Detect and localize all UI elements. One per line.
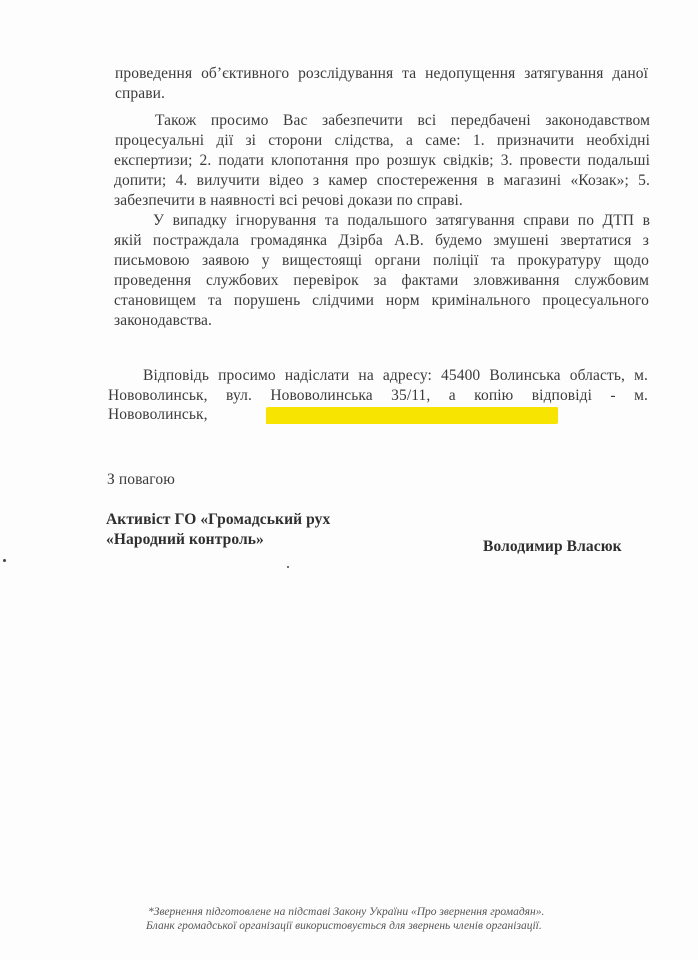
signature-org-line2: «Народний контроль» bbox=[106, 530, 264, 550]
paragraph3-line5: становищем та порушень слідчими норм кри… bbox=[114, 291, 649, 311]
scan-speck bbox=[3, 559, 6, 562]
paragraph3-line1: У випадку ігнорування та подальшого затя… bbox=[153, 211, 650, 231]
scan-speck bbox=[287, 566, 289, 568]
paragraph2-line2: процесуальні дії зі сторони слідства, а … bbox=[115, 131, 650, 151]
signature-org-line1: Активіст ГО «Громадський рух bbox=[106, 510, 330, 530]
paragraph3-line2: якій постраждала громадянка Дзірба А.В. … bbox=[114, 231, 649, 251]
paragraph4-line1: Відповідь просимо надіслати на адресу: 4… bbox=[143, 366, 648, 386]
paragraph1-line2: справи. bbox=[115, 84, 165, 104]
paragraph3-line3: письмовою заявою у вищестоящі органи пол… bbox=[114, 251, 649, 271]
closing-text: З повагою bbox=[107, 470, 175, 490]
paragraph4-line2: Нововолинськ, вул. Нововолинська 35/11, … bbox=[108, 386, 648, 406]
scanned-letter-page: проведення об’єктивного розслідування та… bbox=[0, 0, 698, 960]
paragraph3-line4: проведення службових перевірок за фактам… bbox=[114, 271, 649, 291]
footnote-line2: Бланк громадської організації використов… bbox=[146, 919, 542, 934]
footnote-line1: *Звернення підготовлене на підставі Зако… bbox=[148, 905, 544, 920]
redaction-highlight bbox=[266, 407, 558, 424]
paragraph1-line1: проведення об’єктивного розслідування та… bbox=[115, 64, 648, 84]
paragraph4-line3: Нововолинськ, bbox=[108, 405, 208, 425]
paragraph2-line4: допити; 4. вилучити відео з камер спосте… bbox=[114, 171, 650, 191]
signature-name: Володимир Власюк bbox=[483, 537, 622, 557]
paragraph3-line6: законодавства. bbox=[114, 311, 212, 331]
paragraph2-line5: забезпечити в наявності всі речові доказ… bbox=[114, 191, 463, 211]
paragraph2-line3: експертизи; 2. подати клопотання про роз… bbox=[114, 151, 650, 171]
paragraph2-line1: Також просимо Вас забезпечити всі передб… bbox=[155, 111, 650, 131]
